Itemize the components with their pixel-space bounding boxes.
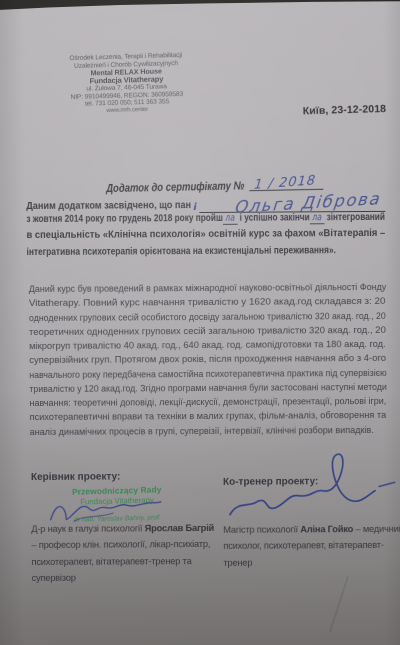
- green-stamp: Przewodniczący Rady Fundacja Vitatherapy…: [51, 484, 184, 525]
- intro-line2-a: з жовтня 2014 року по грудень 2018 року …: [26, 213, 223, 225]
- certificate-number-blank: 1 / 2018: [249, 174, 323, 191]
- body-line-text: Vitatherapy. Повний курс навчання тривал…: [29, 296, 386, 309]
- document-title-row: Додаток до сертифікату № 1 / 2018: [106, 174, 323, 194]
- body-line-text: аналіз динамічних процесів в групі, супе…: [30, 424, 374, 437]
- intro-line2-c: зінтегрований: [324, 212, 385, 223]
- body-line-text: тривалістю у 120 акад.год. Згідно програ…: [29, 382, 386, 395]
- project-lead-label: Керівник проекту:: [31, 471, 120, 483]
- body-line-text: мікрогруп тривалістю 40 акад. год., 640 …: [29, 339, 386, 352]
- intro-line1-wrap: Даним додатком засвідчено, що пан: [26, 200, 191, 214]
- co-trainer-label: Ко-тренер проекту:: [223, 476, 318, 488]
- body-line: аналіз динамічних процесів в групі, супе…: [30, 424, 374, 440]
- intro-line4-text: інтегративна психотерапія орієнтована на…: [27, 245, 336, 258]
- organization-header: Ośrodek Leczenia, Terapii i Rehabilitacj…: [38, 51, 216, 118]
- handwritten-ending: ла: [225, 213, 235, 224]
- body-line-text: навчання: теоретичні доповіді, лекції-ди…: [29, 396, 386, 409]
- intro-line-recipient: Даним додатком засвідчено, що пан і Ольг…: [26, 195, 385, 214]
- handwritten-ending: ла: [312, 212, 322, 223]
- document-content: Ośrodek Leczenia, Terapii i Rehabilitacj…: [0, 0, 400, 645]
- co-trainer-desc-pre: Магістр психології: [223, 524, 300, 534]
- intro-line4: інтегративна психотерапія орієнтована на…: [27, 245, 336, 263]
- body-line-text: навчального року передбачена самостійна …: [29, 367, 386, 380]
- body-line-text: одноденних групових сесій особистого дос…: [29, 310, 386, 323]
- handwritten-ending-slot: ла: [310, 212, 325, 224]
- lead-desc-pre: Д-р наук в галузі психології: [31, 523, 144, 534]
- co-trainer-name: Аліна Гойко: [300, 524, 353, 534]
- lead-desc-post: – професор клін. психології, лікар-психі…: [31, 539, 210, 583]
- document-photo: Ośrodek Leczenia, Terapii i Rehabilitacj…: [0, 0, 400, 645]
- co-trainer-description: Магістр психології Аліна Гойко – медични…: [223, 521, 400, 571]
- body-line-text: теоретичних одноденних групових сесій за…: [29, 325, 386, 338]
- lead-name: Ярослав Багрій: [145, 523, 214, 533]
- course-description-paragraph: Даний курс був проведений в рамках міжна…: [29, 282, 387, 441]
- intro-line1-printed: Даним додатком засвідчено, що пан: [26, 200, 191, 212]
- gender-suffix-handwritten: і: [193, 202, 197, 213]
- intro-paragraph: Даним додатком засвідчено, що пан і Ольг…: [26, 195, 385, 263]
- recipient-name-underline: Ольга Діброва: [200, 197, 386, 213]
- lead-description: Д-р наук в галузі психології Ярослав Баг…: [31, 520, 215, 586]
- document-title: Додаток до сертифікату №: [106, 179, 244, 195]
- intro-line2-b: і успішно закінчи: [237, 212, 309, 223]
- place-and-date: Київ, 23-12-2018: [303, 103, 387, 117]
- body-line-text: психотерапевтичні вправи та техніки в ма…: [30, 410, 387, 423]
- handwritten-ending-slot: ла: [223, 213, 238, 225]
- body-line-text: Даний курс був проведений в рамках міжна…: [29, 282, 386, 295]
- intro-line2-text: з жовтня 2014 року по грудень 2018 року …: [26, 212, 385, 226]
- body-line-text: супервізійних груп. Протягом двох років,…: [29, 353, 386, 366]
- document-title-wrap: Додаток до сертифікату №: [106, 176, 244, 194]
- certificate-number-handwritten: 1 / 2018: [253, 173, 316, 193]
- intro-line3-text: в спеціальність «Клінічна психологія» ос…: [26, 228, 385, 241]
